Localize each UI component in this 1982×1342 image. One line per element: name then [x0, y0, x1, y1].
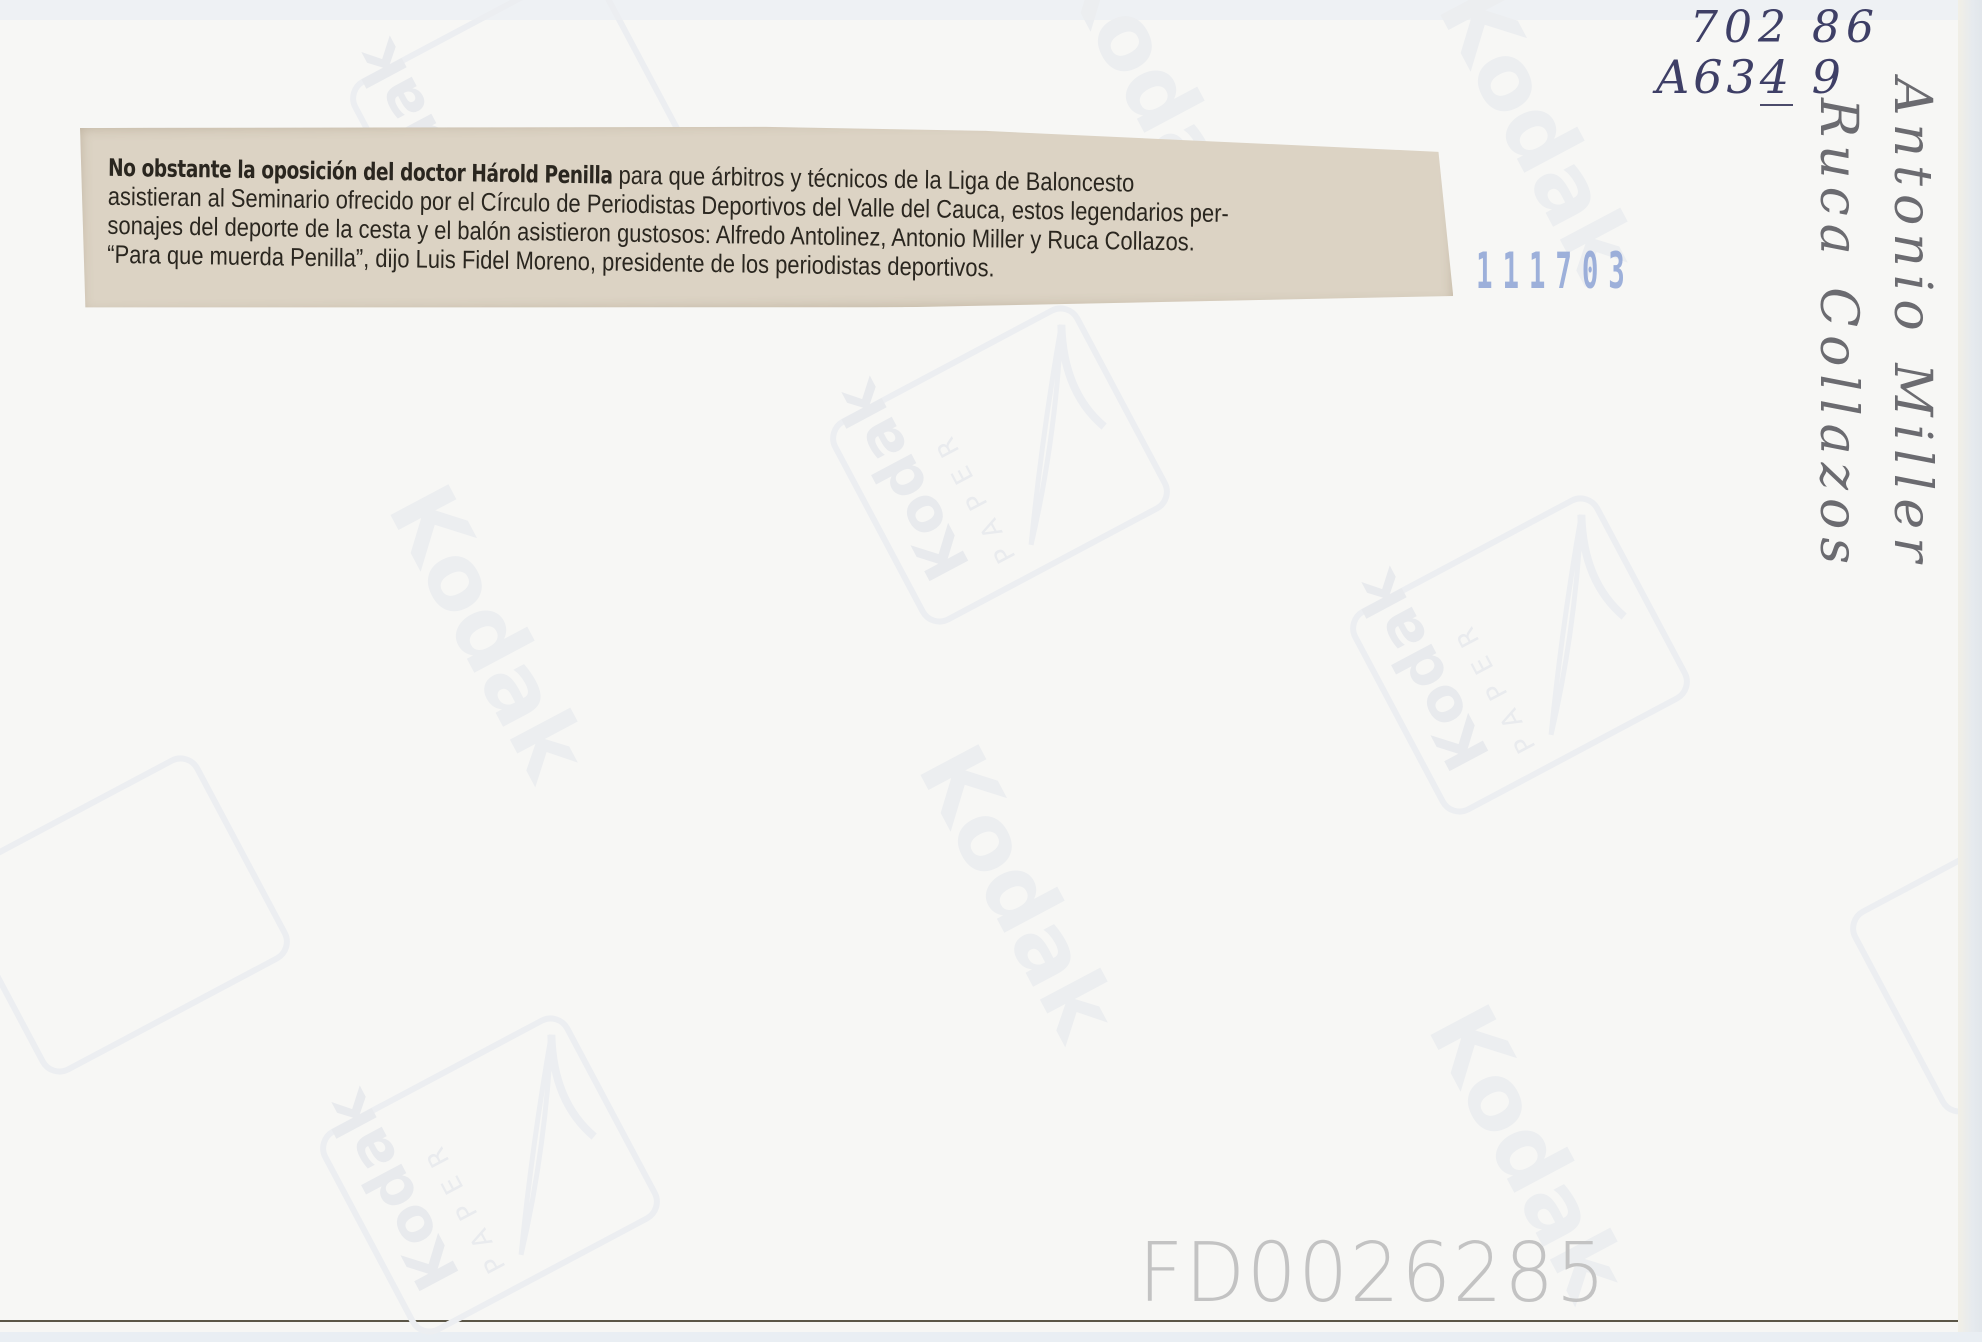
kodak-watermark: Kodak PAPER: [1342, 488, 1697, 823]
kodak-paper-logo-icon: [1453, 501, 1679, 748]
archive-id: FD0026285: [1138, 1226, 1607, 1321]
watermark-subtitle: PAPER: [1445, 610, 1543, 758]
kodak-logo-icon: [822, 298, 1177, 633]
watermark-brand: Kodak: [311, 1079, 474, 1302]
kodak-paper-logo-icon: [423, 1021, 649, 1268]
stamp-number: 111703: [1476, 242, 1635, 300]
kodak-watermark: Kodak PAPER: [822, 298, 1177, 633]
handwritten-code-1: 702 86: [1690, 2, 1880, 53]
code-2-suffix: 9: [1793, 50, 1845, 104]
kodak-logo-icon: [1342, 488, 1697, 823]
photo-back-page: Kodak Kodak PAPER Kodak PAPER Kodak PAPE…: [0, 0, 1982, 1332]
clipping-text: No obstante la oposición del doctor Háro…: [107, 154, 1243, 287]
scan-right-edge: [1958, 0, 1982, 1332]
watermark-brand: Kodak: [1341, 559, 1504, 782]
handwritten-code-2: A634 9: [1656, 50, 1845, 104]
scan-top-edge: [0, 0, 1982, 21]
watermark-subtitle: PAPER: [925, 420, 1023, 568]
newspaper-clipping: No obstante la oposición del doctor Háro…: [80, 118, 1453, 313]
code-2-prefix: A63: [1656, 50, 1760, 104]
kodak-watermark: Kodak PAPER: [312, 1008, 667, 1332]
kodak-watermark: [0, 748, 298, 1083]
kodak-watermark-text: Kodak: [367, 469, 608, 796]
watermark-subtitle: PAPER: [415, 1130, 513, 1278]
kodak-watermark-text: Kodak: [897, 729, 1138, 1056]
kodak-logo-icon: [0, 748, 298, 1083]
handwritten-name-1: Antonio Miller: [1882, 78, 1942, 570]
code-2-underlined: 4: [1760, 50, 1793, 106]
kodak-logo-icon: [312, 1008, 667, 1332]
watermark-brand: Kodak: [821, 369, 984, 592]
kodak-paper-logo-icon: [933, 311, 1159, 558]
handwritten-name-2: Ruca Collazos: [1808, 98, 1868, 572]
